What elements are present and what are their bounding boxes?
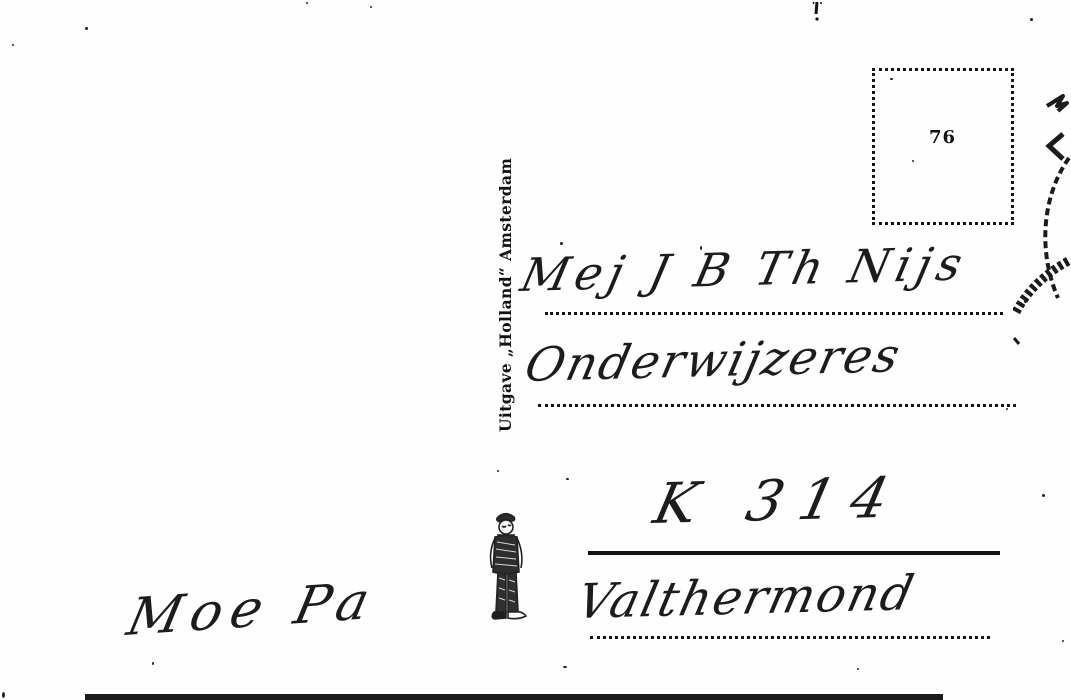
postmark-icon [1013, 82, 1071, 352]
publisher-imprint: Uitgave „Holland“ Amsterdam [496, 142, 520, 432]
address-line-name: Mej J B Th Nijs [516, 236, 973, 302]
address-rule-2 [538, 404, 1016, 407]
address-rule-1 [545, 312, 1003, 315]
address-line-occupation: Onderwijzeres [520, 328, 907, 393]
dutch-boy-figure-icon [478, 508, 534, 630]
address-rule-4 [590, 636, 990, 639]
address-line-house-number: K 314 [648, 466, 911, 537]
address-rule-3 [588, 551, 1000, 555]
top-ink-mark [812, 1, 826, 25]
stamp-number: 76 [929, 127, 956, 148]
scan-edge-bar [85, 694, 943, 700]
postcard-back: 76 Uitgave „Holland“ Amsterdam Mej J B T… [0, 0, 1071, 700]
address-line-place: Valthermond [572, 565, 920, 630]
stamp-box: 76 [872, 68, 1014, 225]
handwritten-message: Moe Pa [122, 571, 383, 648]
